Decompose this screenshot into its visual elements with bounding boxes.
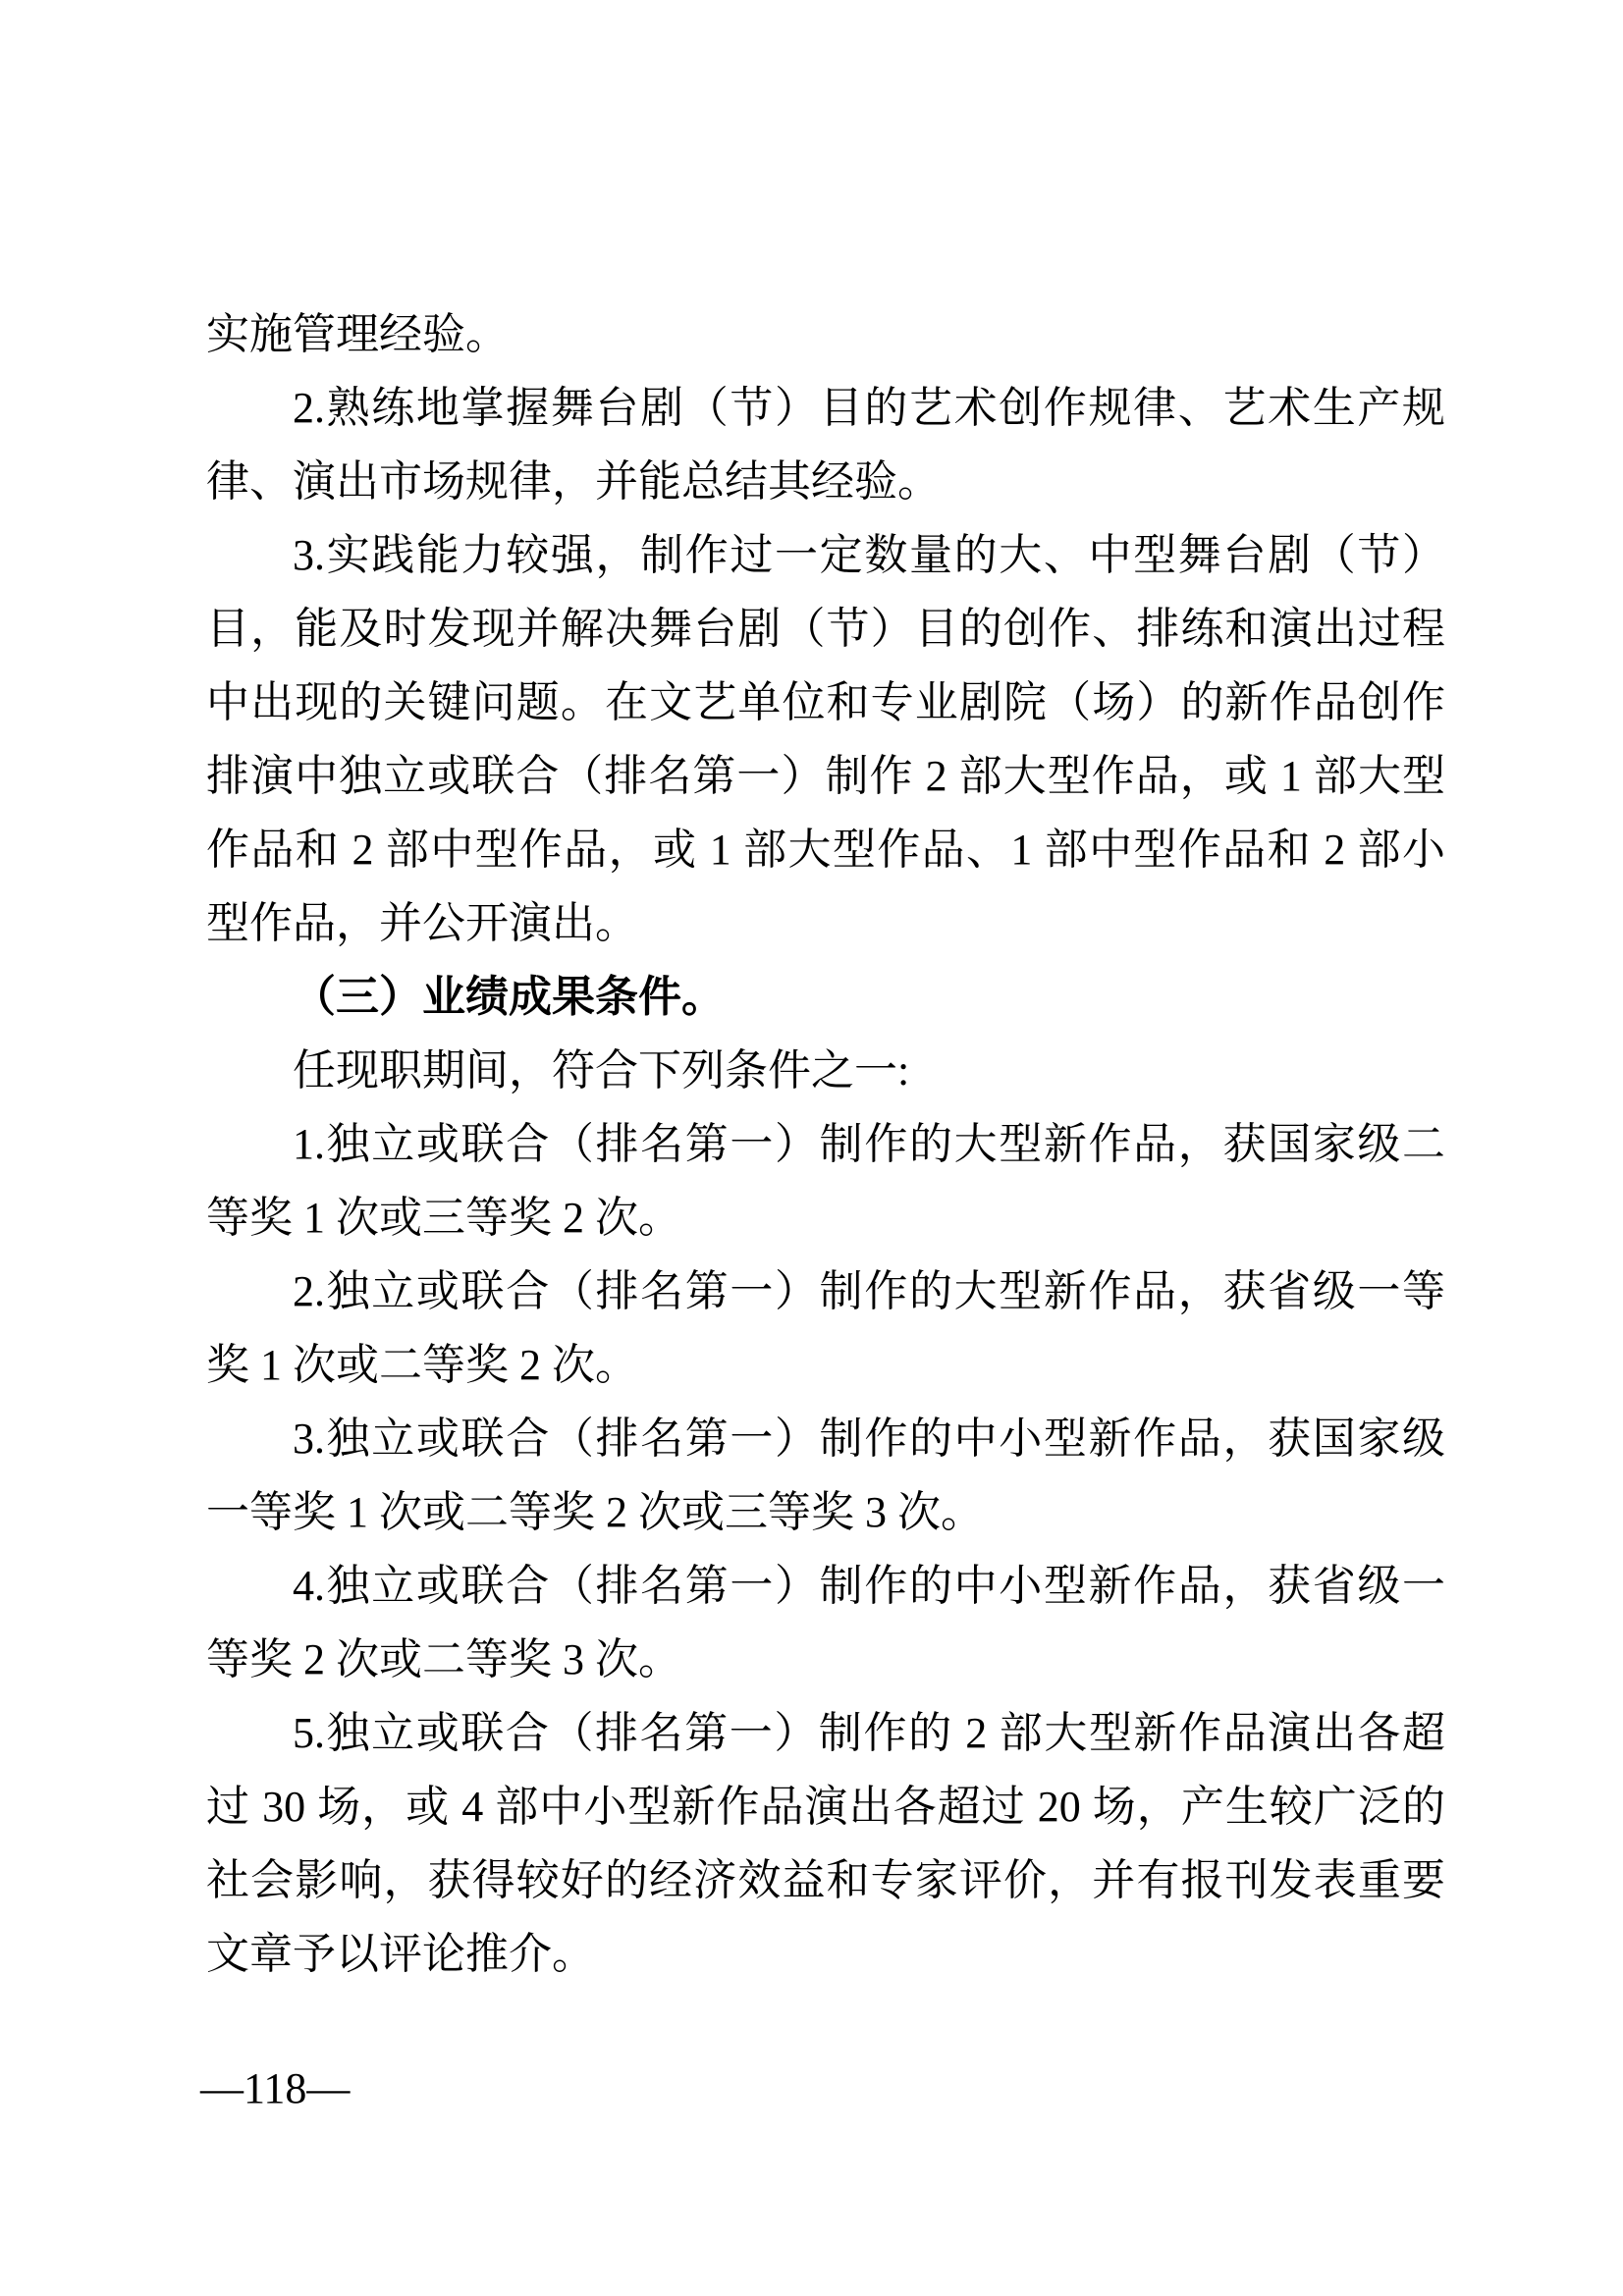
text-line: 奖 1 次或二等奖 2 次。 bbox=[206, 1328, 1445, 1402]
text-line: 文章予以评论推介。 bbox=[206, 1917, 1445, 1991]
page-number: —118— bbox=[200, 2061, 350, 2116]
text-line: 2.独立或联合（排名第一）制作的大型新作品，获省级一等 bbox=[206, 1255, 1445, 1328]
text-line: 作品和 2 部中型作品，或 1 部大型作品、1 部中型作品和 2 部小 bbox=[206, 813, 1445, 886]
text-line: 等奖 1 次或三等奖 2 次。 bbox=[206, 1181, 1445, 1255]
text-line: 排演中独立或联合（排名第一）制作 2 部大型作品，或 1 部大型 bbox=[206, 739, 1445, 813]
document-body: 实施管理经验。2.熟练地掌握舞台剧（节）目的艺术创作规律、艺术生产规律、演出市场… bbox=[206, 297, 1445, 1991]
text-line: 4.独立或联合（排名第一）制作的中小型新作品，获省级一 bbox=[206, 1549, 1445, 1623]
text-line: 5.独立或联合（排名第一）制作的 2 部大型新作品演出各超 bbox=[206, 1696, 1445, 1770]
text-line: 2.熟练地掌握舞台剧（节）目的艺术创作规律、艺术生产规 bbox=[206, 371, 1445, 445]
text-line: 3.独立或联合（排名第一）制作的中小型新作品，获国家级 bbox=[206, 1402, 1445, 1475]
text-line: 等奖 2 次或二等奖 3 次。 bbox=[206, 1623, 1445, 1696]
text-line: 一等奖 1 次或二等奖 2 次或三等奖 3 次。 bbox=[206, 1475, 1445, 1549]
text-line: 1.独立或联合（排名第一）制作的大型新作品，获国家级二 bbox=[206, 1107, 1445, 1181]
text-line: 实施管理经验。 bbox=[206, 297, 1445, 371]
document-page: 实施管理经验。2.熟练地掌握舞台剧（节）目的艺术创作规律、艺术生产规律、演出市场… bbox=[0, 0, 1623, 2296]
text-line: （三）业绩成果条件。 bbox=[206, 960, 1445, 1034]
text-line: 律、演出市场规律，并能总结其经验。 bbox=[206, 445, 1445, 518]
text-line: 过 30 场，或 4 部中小型新作品演出各超过 20 场，产生较广泛的 bbox=[206, 1770, 1445, 1843]
text-line: 中出现的关键问题。在文艺单位和专业剧院（场）的新作品创作 bbox=[206, 666, 1445, 739]
text-line: 目，能及时发现并解决舞台剧（节）目的创作、排练和演出过程 bbox=[206, 592, 1445, 666]
text-line: 型作品，并公开演出。 bbox=[206, 886, 1445, 960]
text-line: 3.实践能力较强，制作过一定数量的大、中型舞台剧（节） bbox=[206, 518, 1445, 592]
text-line: 社会影响，获得较好的经济效益和专家评价，并有报刊发表重要 bbox=[206, 1843, 1445, 1917]
text-line: 任现职期间，符合下列条件之一: bbox=[206, 1034, 1445, 1107]
